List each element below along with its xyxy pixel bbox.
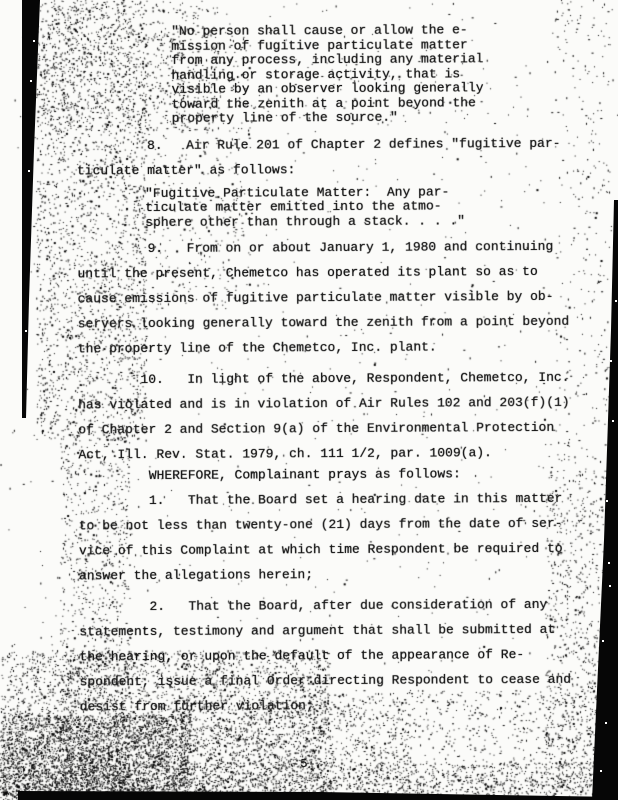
paragraph-8: 8. Air Rule 201 of Chapter 2 defines "fu…	[77, 130, 607, 183]
paragraph-9: 9. From on or about January 1, 1980 and …	[77, 234, 608, 362]
wherefore-clause: WHEREFORE, Complainant prays as follows:	[78, 461, 608, 489]
prayer-item-1: 1. That the Board set a hearing date in …	[79, 486, 610, 589]
document-text: "No person shall cause or allow the e- m…	[76, 23, 610, 720]
prayer-item-2: 2. That the Board, after due considerati…	[79, 592, 610, 720]
block-quote-fugitive-definition: "Fugitive Particulate Matter: Any par- t…	[145, 184, 607, 230]
scanned-document-page: "No person shall cause or allow the e- m…	[0, 0, 618, 800]
page-number: -5-	[292, 757, 317, 771]
paragraph-10: 10. In light of the above, Respondent, C…	[78, 365, 609, 468]
block-quote-emission-rule: "No person shall cause or allow the e- m…	[171, 23, 607, 127]
